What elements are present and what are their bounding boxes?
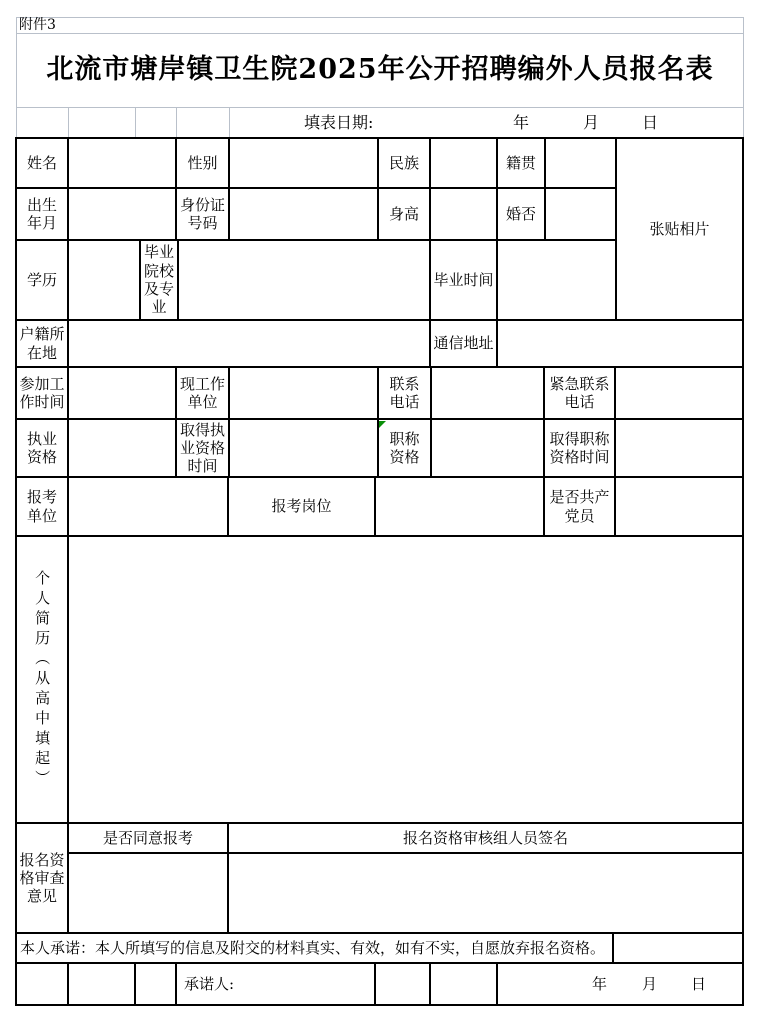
school-major-input-cell[interactable] [177, 239, 431, 321]
grid-cell [67, 962, 136, 1006]
date-entry-area[interactable]: 填表日期: 年 月 日 [229, 107, 744, 139]
grid-cell [374, 962, 431, 1006]
work-start-time-label: 参加工 作时间 [15, 366, 69, 420]
education-input-cell[interactable] [67, 239, 141, 321]
grid-cell [68, 107, 136, 139]
bottom-date-area[interactable]: 年 月 日 [496, 962, 744, 1006]
review-opinion-label: 报名资 格审查 意见 [15, 822, 69, 934]
reviewer-signature-header: 报名资格审核组人员签名 [227, 822, 744, 854]
grid-cell [176, 107, 230, 139]
mailing-address-label: 通信地址 [429, 319, 498, 368]
graduation-time-label: 毕业时间 [429, 239, 498, 321]
work-start-time-input-cell[interactable] [67, 366, 177, 420]
height-input-cell[interactable] [429, 187, 498, 241]
reviewer-signature-input-cell[interactable] [227, 852, 744, 934]
id-number-label: 身份证 号码 [175, 187, 230, 241]
ethnicity-label: 民族 [377, 137, 431, 189]
practice-qualification-time-input-cell[interactable] [228, 418, 379, 478]
fill-date-label: 填表日期: [304, 113, 373, 133]
year-label: 年 [513, 113, 529, 133]
gender-label: 性别 [175, 137, 230, 189]
ethnicity-input-cell[interactable] [429, 137, 498, 189]
title-qualification-time-label: 取得职称 资格时间 [543, 418, 616, 478]
current-employer-input-cell[interactable] [228, 366, 379, 420]
apply-unit-label: 报考 单位 [15, 476, 69, 537]
signer-label[interactable]: 承诺人: [175, 962, 376, 1006]
current-employer-label: 现工作 单位 [175, 366, 230, 420]
id-number-input-cell[interactable] [228, 187, 379, 241]
form-title: 北流市塘岸镇卫生院2025年公开招聘编外人员报名表 [16, 33, 744, 108]
emergency-phone-input-cell[interactable] [614, 366, 744, 420]
day-label: 日 [642, 113, 658, 133]
school-major-label: 毕业 院校 及专 业 [139, 239, 179, 321]
resume-input-area[interactable] [67, 535, 744, 824]
apply-unit-input-cell[interactable] [67, 476, 229, 537]
household-registration-input-cell[interactable] [67, 319, 431, 368]
native-place-label: 籍贯 [496, 137, 546, 189]
name-label: 姓名 [15, 137, 69, 189]
native-place-input-cell[interactable] [544, 137, 617, 189]
professional-title-input-cell[interactable] [430, 418, 545, 478]
practice-qualification-label: 执业 资格 [15, 418, 69, 478]
resume-label: 个人简历（从高中填起） [15, 535, 69, 824]
marital-status-input-cell[interactable] [544, 187, 617, 241]
contact-phone-input-cell[interactable] [430, 366, 545, 420]
practice-qualification-input-cell[interactable] [67, 418, 177, 478]
marital-status-label: 婚否 [496, 187, 546, 241]
party-member-input-cell[interactable] [614, 476, 744, 537]
grid-cell [135, 107, 177, 139]
graduation-time-input-cell[interactable] [496, 239, 617, 321]
grid-cell [429, 962, 498, 1006]
party-member-label: 是否共产 党员 [543, 476, 616, 537]
photo-area[interactable]: 张贴相片 [615, 137, 744, 321]
title-qualification-time-input-cell[interactable] [614, 418, 744, 478]
day-label: 日 [691, 975, 706, 993]
grid-cell [15, 962, 69, 1006]
cell-error-indicator-icon [379, 421, 386, 428]
emergency-phone-label: 紧急联系 电话 [543, 366, 616, 420]
contact-phone-label: 联系 电话 [377, 366, 432, 420]
height-label: 身高 [377, 187, 431, 241]
month-label: 月 [642, 975, 657, 993]
commitment-blank-cell [612, 932, 744, 964]
apply-position-label: 报考岗位 [227, 476, 376, 537]
household-registration-label: 户籍所 在地 [15, 319, 69, 368]
practice-qualification-time-label: 取得执 业资格 时间 [175, 418, 230, 478]
name-input-cell[interactable] [67, 137, 177, 189]
education-label: 学历 [15, 239, 69, 321]
year-label: 年 [592, 975, 607, 993]
gender-input-cell[interactable] [228, 137, 379, 189]
attachment-label: 附件3 [16, 17, 744, 34]
birth-date-input-cell[interactable] [67, 187, 177, 241]
commitment-text: 本人承诺：本人所填写的信息及附交的材料真实、有效，如有不实，自愿放弃报名资格。 [15, 932, 614, 964]
agree-apply-input-cell[interactable] [67, 852, 229, 934]
apply-position-input-cell[interactable] [374, 476, 545, 537]
grid-cell [134, 962, 177, 1006]
resume-label-text: 个人简历（从高中填起） [33, 570, 51, 790]
agree-apply-header: 是否同意报考 [67, 822, 229, 854]
mailing-address-input-cell[interactable] [496, 319, 744, 368]
month-label: 月 [583, 113, 599, 133]
grid-cell [16, 107, 69, 139]
birth-date-label: 出生 年月 [15, 187, 69, 241]
